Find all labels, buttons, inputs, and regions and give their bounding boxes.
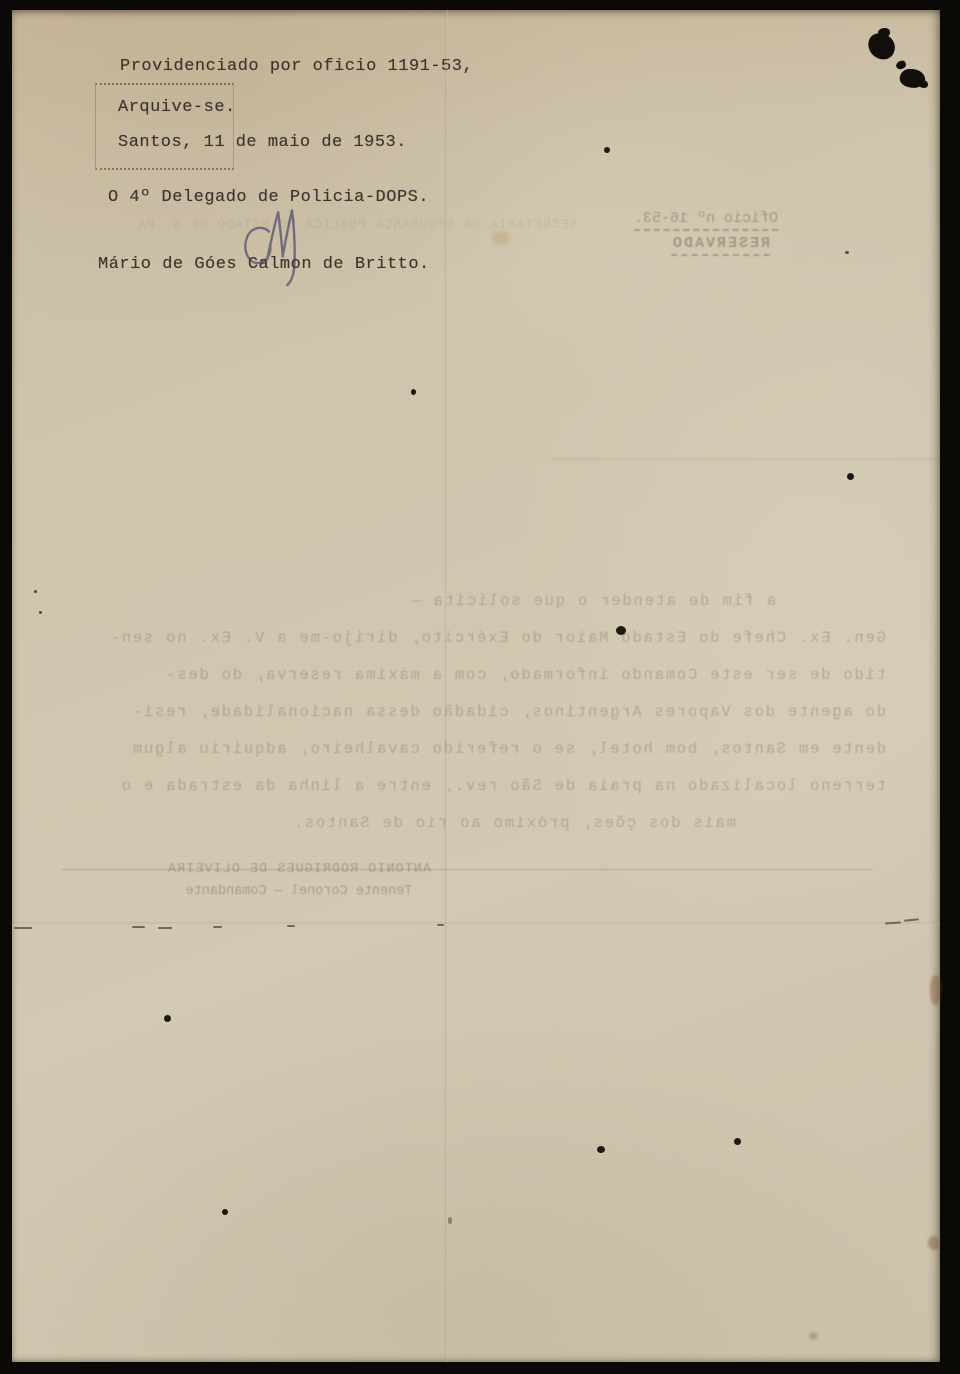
- fold-dash-mark: [437, 924, 444, 926]
- bleedthrough-letterhead: SECRETARIA DA SEGURANÇA PUBLICA DO ESTAD…: [137, 217, 577, 232]
- ink-speck: [734, 1138, 741, 1145]
- ink-speck: [411, 389, 416, 395]
- fold-dash-mark: [132, 926, 145, 928]
- paper-stain: [492, 232, 510, 245]
- crease-line-signature: [62, 869, 872, 870]
- fold-dash-mark: [287, 925, 295, 927]
- bleedthrough-text-line: Gen. Ex. Chefe do Estado Maior do Exérci…: [54, 620, 886, 657]
- bleedthrough-text-line: dente em Santos, bom hotel, se o referid…: [54, 731, 886, 768]
- bleedthrough-text-line: terreno localizado na praia de São rev.,…: [54, 768, 886, 805]
- bleedthrough-signature-name: ANTONIO RODRIGUES DE OLIVEIRA: [140, 859, 458, 881]
- bleedthrough-oficio-number: Oficio nº 16-53.: [634, 210, 778, 231]
- paper-stain: [809, 1332, 818, 1340]
- bleedthrough-paragraph: a fim de atender o que solicita —Gen. Ex…: [54, 583, 886, 842]
- ink-speck: [448, 1217, 452, 1224]
- fold-dash-mark: [213, 926, 222, 928]
- archive-stamp-box: [95, 83, 234, 170]
- handwritten-initials-signature: [234, 198, 326, 290]
- fold-dash-mark: [14, 927, 32, 929]
- providence-line: Providenciado por oficio 1191-53,: [120, 57, 473, 76]
- document-page: Providenciado por oficio 1191-53, Arquiv…: [12, 10, 940, 1362]
- ink-speck: [845, 251, 849, 254]
- horizontal-fold-line: [12, 922, 940, 925]
- bleedthrough-signature-rank: Tenente Coronel — Comandante: [140, 881, 458, 903]
- paper-stain: [928, 1236, 940, 1250]
- ink-speck: [597, 1146, 605, 1153]
- paper-stain: [930, 975, 941, 1005]
- bleedthrough-text-line: a fim de atender o que solicita —: [54, 583, 886, 620]
- crease-line-right: [552, 458, 940, 460]
- signatory-name-line: Mário de Góes Calmon de Britto.: [98, 255, 430, 274]
- ink-speck: [34, 590, 37, 593]
- fold-dash-mark: [158, 927, 172, 929]
- bleedthrough-header: Oficio nº 16-53. RESERVADO: [588, 210, 778, 256]
- ink-speck: [222, 1209, 228, 1215]
- scanned-document: Providenciado por oficio 1191-53, Arquiv…: [0, 0, 960, 1374]
- bleedthrough-text-line: mais dos ções, próximo ao rio de Santos.: [54, 805, 886, 842]
- ink-speck: [39, 611, 42, 614]
- ink-speck: [164, 1015, 171, 1022]
- bleedthrough-text-line: tido de ser este Comando informado, com …: [54, 657, 886, 694]
- bleedthrough-signature-block: ANTONIO RODRIGUES DE OLIVEIRA Tenente Co…: [140, 859, 458, 903]
- vertical-fold-line: [445, 10, 448, 1362]
- archive-order-line: Arquive-se.: [118, 98, 236, 117]
- ink-speck: [616, 626, 626, 635]
- ink-blot: [918, 80, 928, 88]
- ink-speck: [847, 473, 854, 480]
- place-date-line: Santos, 11 de maio de 1953.: [118, 133, 407, 152]
- ink-speck: [604, 147, 610, 153]
- bleedthrough-text-line: do agente dos Vapores Argentinos, cidadã…: [54, 694, 886, 731]
- bleedthrough-classification: RESERVADO: [671, 235, 770, 256]
